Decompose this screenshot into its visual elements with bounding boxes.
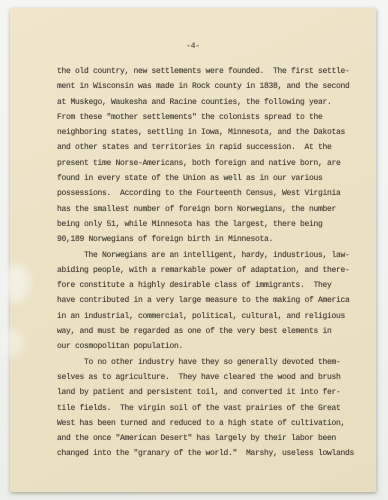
page-number: -4- <box>10 42 376 51</box>
document-body-text: the old country, new settlements were fo… <box>57 64 369 462</box>
scan-smudge <box>4 263 30 303</box>
scan-smudge <box>2 328 24 358</box>
paper-page: -4- the old country, new settlements wer… <box>10 8 376 492</box>
scan-background: -4- the old country, new settlements wer… <box>0 0 388 500</box>
